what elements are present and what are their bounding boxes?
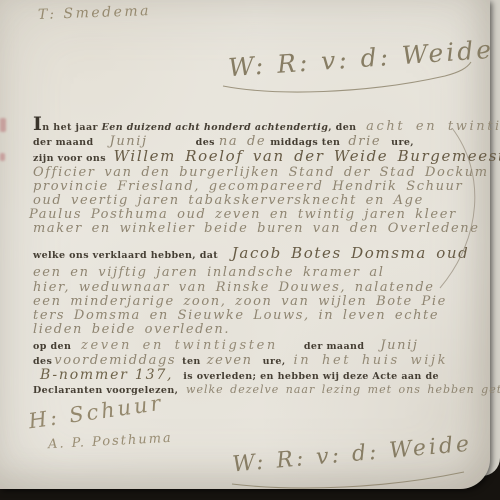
document-line: maker en winkelier beide buren van den O… bbox=[33, 217, 480, 236]
text-segment: welke ons verklaard hebben, dat bbox=[33, 250, 222, 261]
text-segment: maker en winkelier beide buren van den O… bbox=[33, 221, 480, 236]
document-line: welke ons verklaard hebben, dat Jacob Bo… bbox=[33, 243, 469, 262]
text-segment: Jacob Botes Domsma oud bbox=[232, 244, 470, 262]
document-line: Declaranten voorgelezen, welke dezelve n… bbox=[33, 378, 500, 397]
text-segment: welke dezelve naar lezing met ons hebben… bbox=[186, 383, 500, 396]
